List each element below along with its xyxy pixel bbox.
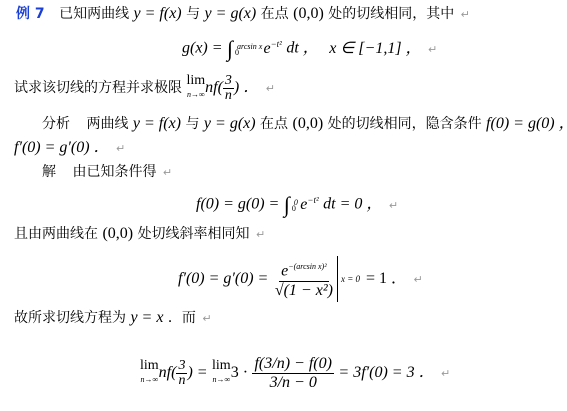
paragraph-mark: ↵ (461, 8, 470, 21)
paragraph-mark: ↵ (441, 367, 450, 380)
exponent: −t² (271, 39, 282, 49)
lhs-fraction: 3n (176, 359, 187, 388)
slope-text-post: 处切线斜率相同知 (138, 226, 250, 242)
paragraph-mark: ↵ (266, 82, 275, 95)
big-fraction: f(3/n) − f(0)3/n − 0 (252, 355, 333, 392)
intro-text: 已知两曲线 (59, 6, 129, 22)
result-text-pre: 故所求切线方程为 (14, 310, 126, 326)
question-text: 试求该切线的方程并求极限 (14, 80, 182, 96)
exponent: −t² (307, 195, 318, 205)
curve-g: y = g(x) (204, 115, 256, 132)
evaluation-bar: x = 0 (337, 256, 366, 302)
tangent-result-line: 故所求切线方程为 y = x ．而 ↵ (14, 308, 212, 329)
example-intro-line: 例 7 已知两曲线 y = f(x) 与 y = g(x) 在点 (0,0) 处… (16, 4, 470, 25)
dt: dt ， (286, 40, 318, 57)
big-numerator: f(3/n) − f(0) (252, 355, 333, 374)
analysis-text1: 两曲线 (86, 116, 128, 132)
domain: x ∈ [−1,1] ， (329, 40, 421, 57)
analysis-label: 分析 (42, 116, 70, 132)
denominator: n (176, 374, 187, 388)
and-text: 与 (186, 6, 200, 22)
limit: limn→∞ (186, 74, 205, 102)
eval-at: x = 0 (341, 254, 360, 304)
paragraph-mark: ↵ (202, 312, 211, 325)
coefficient: 3 · (231, 364, 248, 381)
eq1-lhs: f(0) = g(0) = (196, 196, 279, 213)
example-label: 例 7 (16, 6, 45, 22)
g-def-lhs: g(x) = (182, 40, 223, 57)
at-point-text: 在点 (261, 6, 289, 22)
analysis-line: 分析 两曲线 y = f(x) 与 y = g(x) 在点 (0,0) 处的切线… (42, 114, 567, 134)
curve-f: y = f(x) (134, 5, 182, 22)
point: (0,0) (293, 5, 324, 22)
eq2-lhs: f′(0) = g′(0) = (178, 270, 268, 287)
eq2-numerator: e−(arcsin x)² (279, 258, 329, 281)
point: (0,0) (292, 115, 323, 132)
paragraph-mark: ↵ (428, 43, 437, 56)
analysis-text2: 处的切线相同，隐含条件 (328, 116, 482, 132)
condition-2: f′(0) = g′(0) ． (14, 139, 110, 156)
integral-sign: ∫arcsin x0 (227, 39, 233, 59)
lower-limit: 0 (292, 199, 296, 219)
lim-text: lim (212, 359, 231, 373)
eq2-denominator: √(1 − x²) (273, 282, 335, 300)
paragraph-mark: ↵ (163, 166, 172, 179)
question-line: 试求该切线的方程并求极限 limn→∞nf(3n) ． ↵ (14, 70, 275, 107)
equation-1: f(0) = g(0) = ∫00 e−t² dt = 0 ， ↵ (196, 190, 398, 216)
limit-2: limn→∞ (212, 359, 231, 387)
g-definition: g(x) = ∫arcsin x0 e−t² dt ， x ∈ [−1,1] ，… (182, 34, 437, 60)
integrand: e (264, 40, 271, 57)
solution-label: 解 (42, 164, 56, 180)
lim-text: lim (140, 359, 159, 373)
curve-f: y = f(x) (133, 115, 181, 132)
paragraph-mark: ↵ (389, 199, 398, 212)
big-denominator: 3/n − 0 (268, 374, 319, 392)
paragraph-mark: ↵ (116, 142, 125, 155)
slope-text-pre: 且由两曲线在 (14, 226, 98, 242)
curve-g: y = g(x) (205, 5, 257, 22)
upper-limit: arcsin x (237, 37, 262, 57)
fraction: 3n (223, 74, 234, 103)
limit: limn→∞ (140, 359, 159, 387)
denominator: n (223, 89, 234, 103)
eq2-fraction: e−(arcsin x)² √(1 − x²) (273, 258, 335, 299)
lhs-post: ) = (187, 364, 207, 381)
integral-sign: ∫00 (284, 195, 290, 215)
lower-limit: 0 (235, 43, 239, 63)
equation-3: limn→∞nf(3n) = limn→∞3 · f(3/n) − f(0)3/… (140, 338, 450, 409)
lhs-pre: nf( (159, 364, 177, 381)
lim-text: lim (186, 74, 205, 88)
eq3-rhs: = 3f′(0) = 3 ． (338, 364, 434, 381)
num-exp: −(arcsin x)² (288, 262, 326, 271)
and-text: 与 (185, 116, 199, 132)
expr-post: ) ． (234, 79, 259, 96)
lim-under: n→∞ (140, 373, 158, 387)
paragraph-mark: ↵ (256, 228, 265, 241)
eq1-rhs: dt = 0 ， (323, 196, 382, 213)
point: (0,0) (102, 225, 133, 242)
solution-text1: 由已知条件得 (72, 164, 156, 180)
analysis-line-2: f′(0) = g′(0) ． ↵ (14, 138, 125, 159)
numerator: 3 (176, 359, 187, 374)
eq2-rhs: = 1 ． (366, 270, 407, 287)
slope-line: 且由两曲线在 (0,0) 处切线斜率相同知 ↵ (14, 224, 265, 245)
numerator: 3 (223, 74, 234, 89)
paragraph-mark: ↵ (413, 273, 422, 286)
expr-pre: nf( (205, 79, 223, 96)
lim-under: n→∞ (213, 373, 231, 387)
rest-text: 处的切线相同，其中 (328, 6, 454, 22)
lim-under: n→∞ (187, 88, 205, 102)
solution-line: 解 由已知条件得 ↵ (42, 162, 172, 183)
at-point-text: 在点 (260, 116, 288, 132)
equation-2: f′(0) = g′(0) = e−(arcsin x)² √(1 − x²) … (178, 254, 423, 305)
result-text-post: ．而 (168, 310, 196, 326)
condition-1: f(0) = g(0) ， (486, 115, 567, 132)
tangent-equation: y = x (130, 309, 163, 326)
